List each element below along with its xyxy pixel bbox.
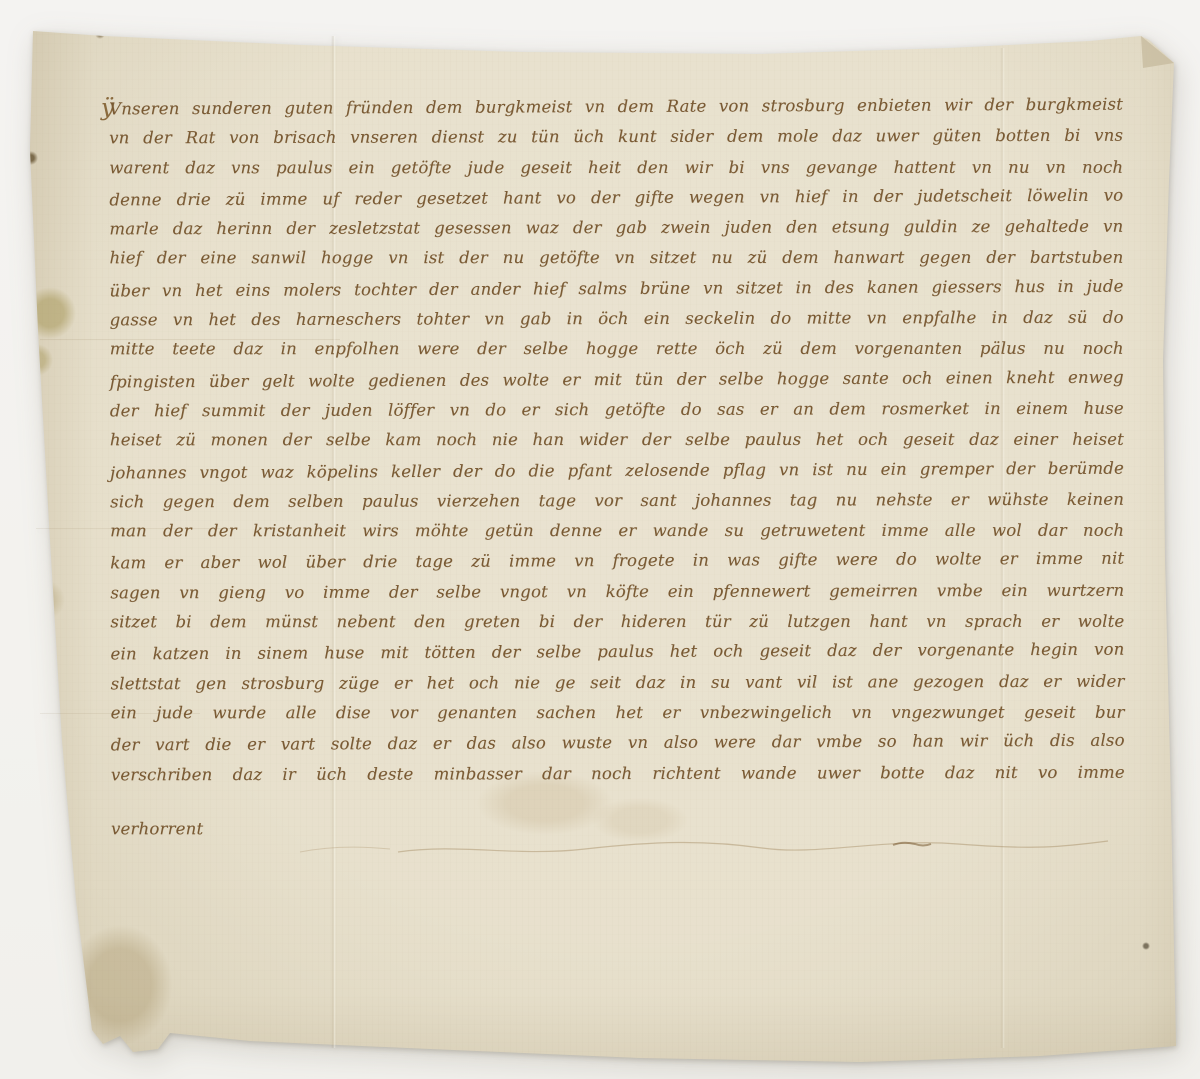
manuscript-line: der vart die er vart solte daz er das al… [111,726,1125,761]
manuscript-line: johannes vngot waz köpelins keller der d… [110,453,1124,488]
manuscript-line: man der der kristanheit wirs möhte getün… [110,516,1124,547]
manuscript-line: ein katzen in sinem huse mit tötten der … [110,635,1124,670]
manuscript-line: der hief summit der juden löffer vn do e… [110,394,1124,427]
manuscript-line: warent daz vns paulus ein getöfte jude g… [109,152,1123,183]
manuscript-line: kam er aber wol über drie tage zü imme v… [110,544,1124,579]
manuscript-line: heiset zü monen der selbe kam noch nie h… [110,425,1124,456]
manuscript-line: denne drie zü imme uf reder gesetzet han… [109,181,1123,216]
manuscript-line: slettstat gen strosburg züge er het och … [111,666,1125,699]
manuscript-paper-wrapper: ÿ Vnseren sunderen guten fründen dem bur… [0,0,1200,1079]
photo-backdrop: ÿ Vnseren sunderen guten fründen dem bur… [0,0,1200,1079]
manuscript-line: verschriben daz ir üch deste minbasser d… [111,757,1125,790]
manuscript-line: sich gegen dem selben paulus vierzehen t… [110,485,1124,518]
manuscript-line: sitzet bi dem münst nebent den greten bi… [110,607,1124,638]
manuscript-line: verhorrent [111,814,1125,845]
manuscript-line: sagen vn gieng vo imme der selbe vngot v… [110,575,1124,608]
manuscript-line: gasse vn het des harneschers tohter vn g… [110,303,1124,336]
manuscript-line: vn der Rat von brisach vnseren dienst zu… [109,121,1123,154]
manuscript-line: Vnseren sunderen guten fründen dem burgk… [109,90,1123,125]
manuscript-line: hief der eine sanwil hogge vn ist der nu… [109,243,1123,274]
manuscript-line: marle daz herinn der zesletzstat gesesse… [109,212,1123,245]
manuscript-lines: Vnseren sunderen guten fründen dem burgk… [109,91,1125,846]
manuscript-line: mitte teete daz in enpfolhen were der se… [110,334,1124,365]
manuscript-line: ein jude wurde alle dise vor genanten sa… [111,698,1125,729]
manuscript-line: fpingisten über gelt wolte gedienen des … [110,362,1124,397]
manuscript-line: über vn het eins molers tochter der ande… [109,271,1123,306]
